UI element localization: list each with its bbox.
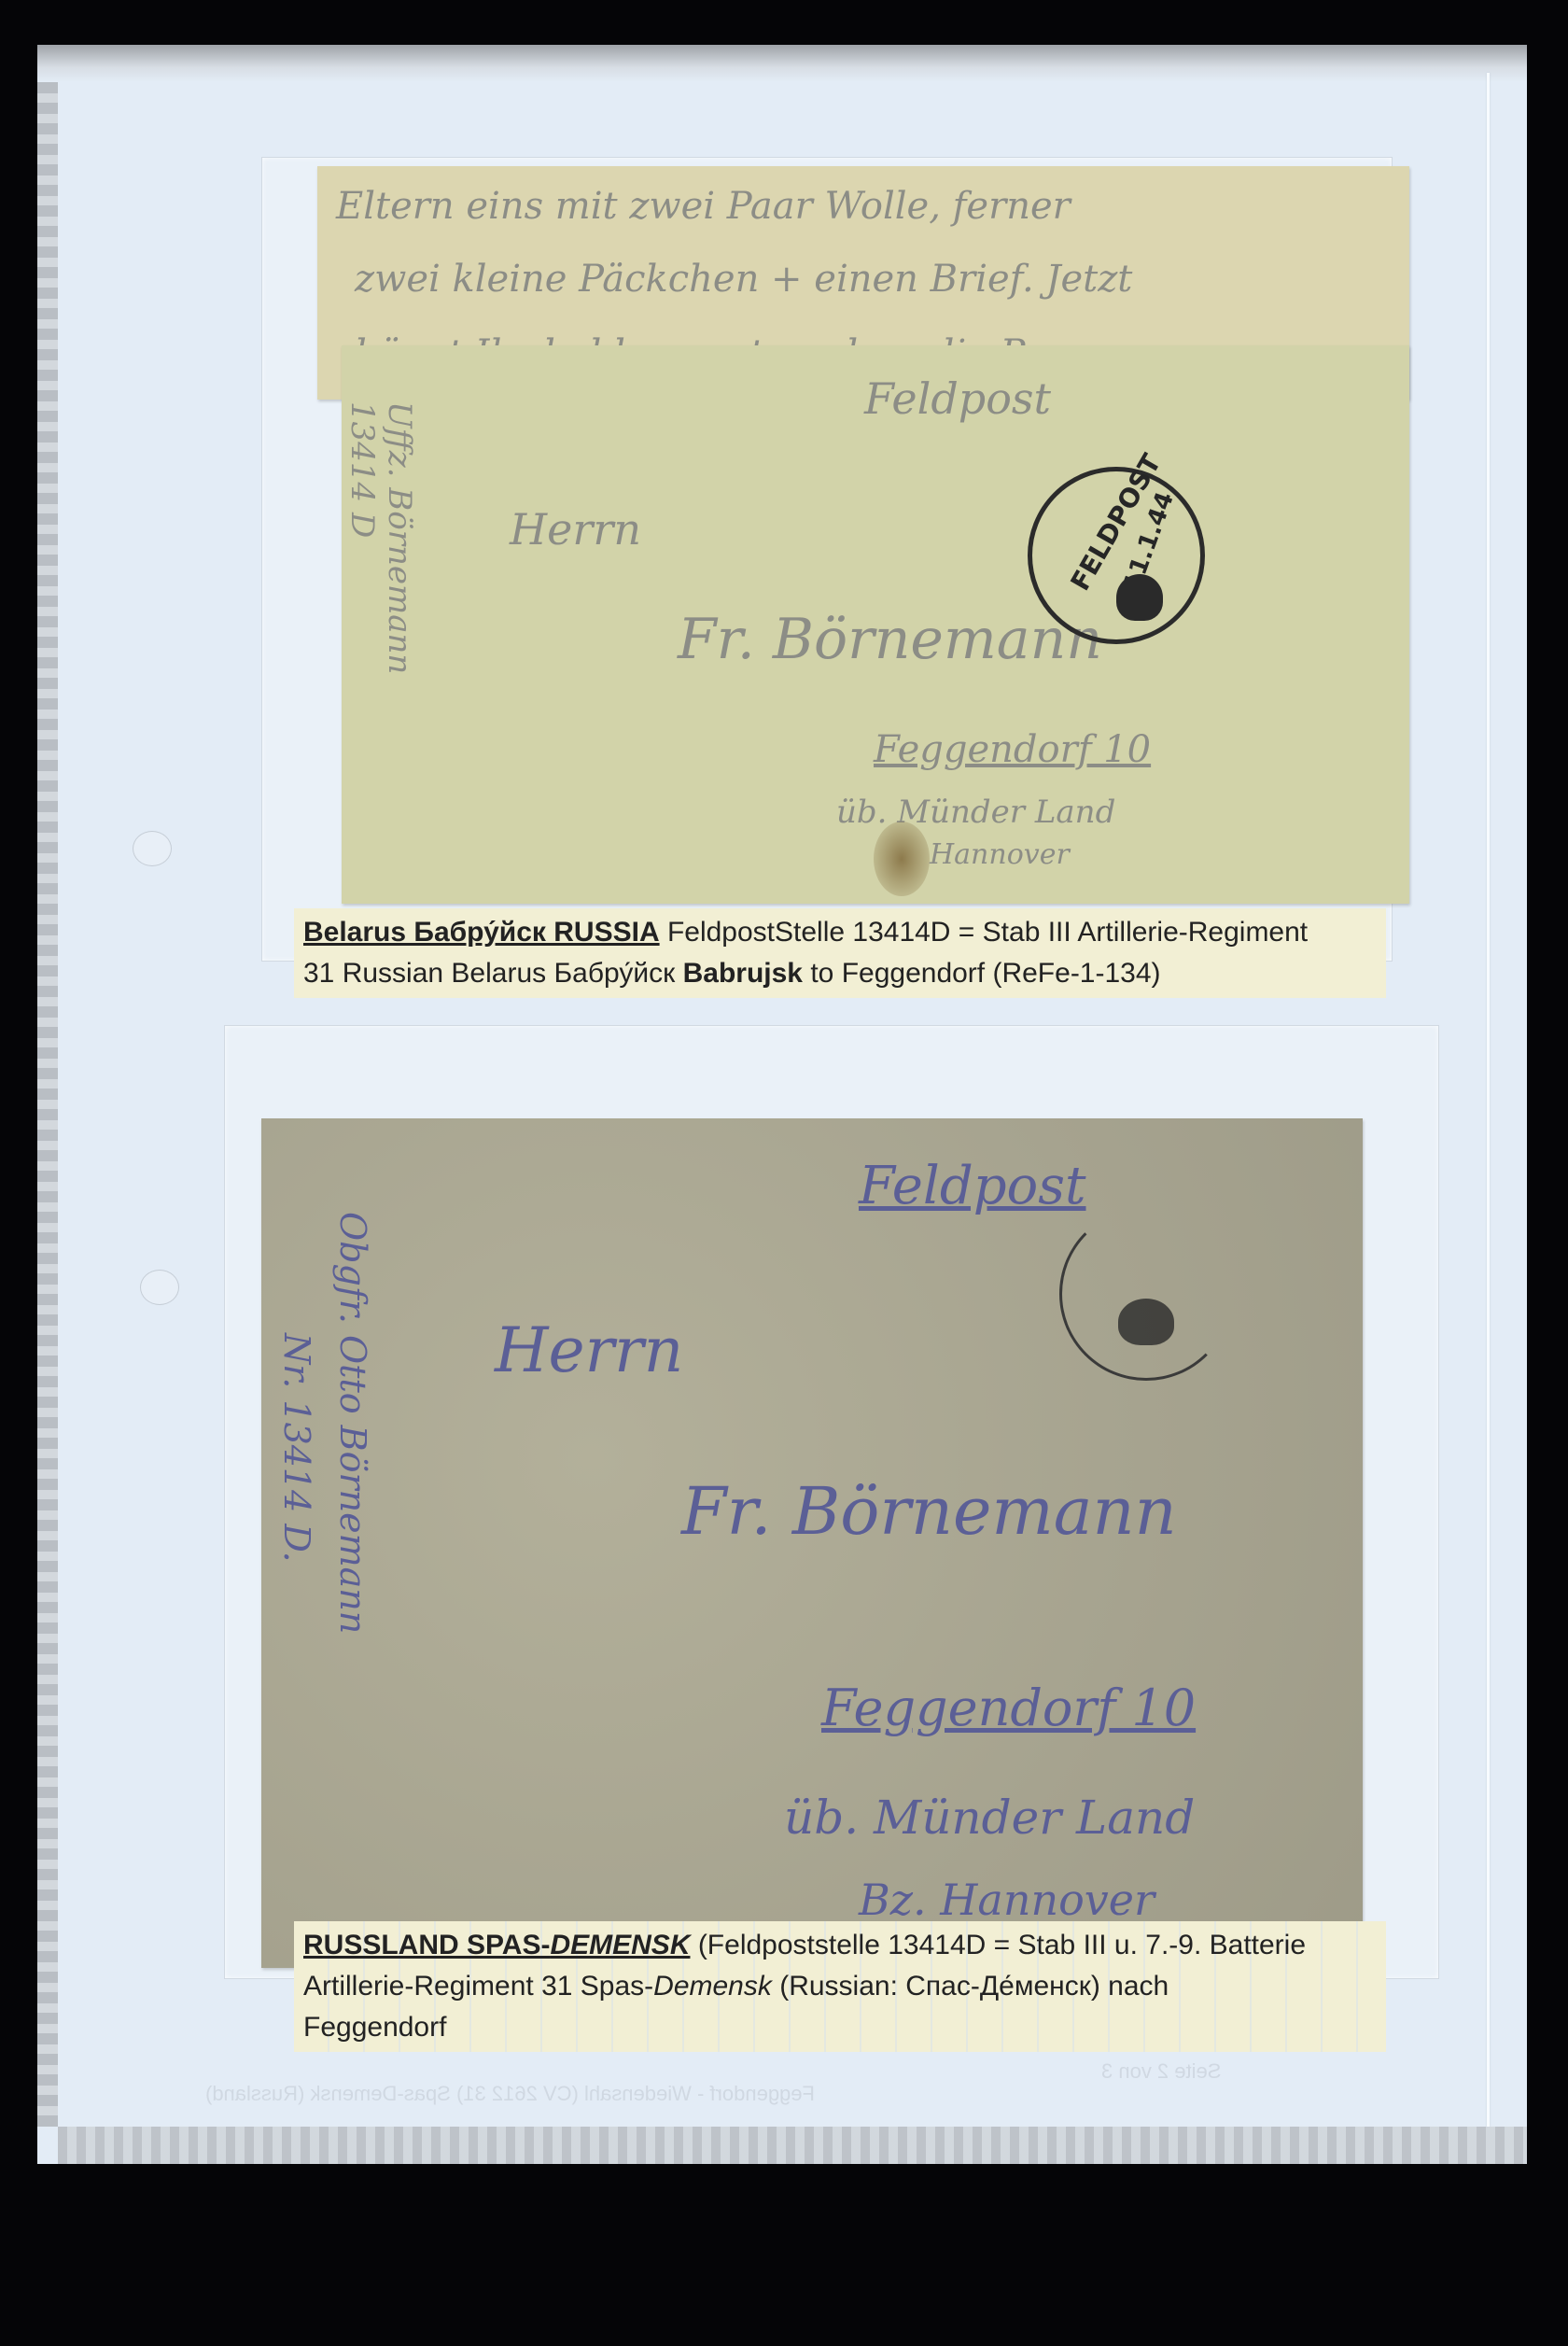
caption-line: Artillerie-Regiment 31 Spas-Demensk (Rus… <box>303 1966 1377 2007</box>
caption-place: Babrujsk <box>683 958 803 989</box>
caption-place: Demensk <box>653 1971 772 2002</box>
feldpost-endorsement: Feldpost <box>859 1156 1086 1216</box>
feldpost-cover-2: Feldpost Obgfr. Otto Börnemann Nr. 13414… <box>261 1118 1363 1968</box>
sender-name: Obgfr. Otto Börnemann <box>332 1212 373 1634</box>
sender-number: 13414 D <box>343 401 381 538</box>
show-through-page-number: Seite 2 von 3 <box>1101 2059 1221 2084</box>
stain <box>874 822 930 896</box>
caption-text: 31 Russian Belarus Бабру́йск <box>303 958 683 989</box>
address-line: Feggendorf 10 <box>821 1679 1196 1737</box>
caption-line: 31 Russian Belarus Бабру́йск Babrujsk to… <box>303 953 1377 994</box>
caption-text: (Russian: Спас-Де́менск) nach <box>772 1971 1169 2002</box>
salutation: Herrn <box>510 504 641 555</box>
feldpost-endorsement: Feldpost <box>864 373 1051 424</box>
caption-2: RUSSLAND SPAS-DEMENSK (Feldpoststelle 13… <box>294 1921 1386 2052</box>
feldpost-cover-1: Feldpost Uffz. Börnemann 13414 D Herrn F… <box>342 345 1409 904</box>
caption-heading: Belarus Бабру́йск RUSSIA <box>303 917 660 948</box>
punch-hole <box>140 1270 179 1305</box>
binding-strip <box>37 82 58 2127</box>
address-line: Bz. Hannover <box>859 1875 1155 1925</box>
caption-1: Belarus Бабру́йск RUSSIA FeldpostStelle … <box>294 908 1386 998</box>
addressee: Fr. Börnemann <box>681 1473 1177 1550</box>
binding-strip-bottom <box>58 2127 1527 2164</box>
punch-hole <box>133 831 172 866</box>
sender-name: Uffz. Börnemann <box>381 401 418 674</box>
salutation: Herrn <box>495 1314 683 1386</box>
sender-number: Nr. 13414 D. <box>276 1333 317 1563</box>
address-line: Feggendorf 10 <box>874 728 1151 771</box>
caption-line: RUSSLAND SPAS-DEMENSK (Feldpoststelle 13… <box>303 1925 1377 1966</box>
letter-line: zwei kleine Päckchen + einen Brief. Jetz… <box>355 258 1132 301</box>
eagle-icon <box>1116 574 1163 621</box>
sleeve-edge <box>1487 73 1490 2127</box>
feldpost-postmark <box>1059 1207 1233 1381</box>
caption-text: (Feldpoststelle 13414D = Stab III u. 7.-… <box>690 1930 1306 1960</box>
caption-line: Feggendorf <box>303 2007 1377 2048</box>
caption-heading: RUSSLAND SPAS-DEMENSK <box>303 1930 690 1960</box>
page-top-shadow <box>37 45 1527 82</box>
feldpost-postmark: FELDPOST 11.1.44 <box>1028 467 1205 644</box>
show-through-text: Feggendorf - Wiedensahl (CV 2612 31) Spa… <box>205 2082 815 2106</box>
address-line: üb. Münder Land <box>836 794 1115 831</box>
eagle-icon <box>1118 1299 1174 1345</box>
caption-text: FeldpostStelle 13414D = Stab III Artille… <box>660 917 1309 948</box>
caption-text: Artillerie-Regiment 31 Spas- <box>303 1971 653 2002</box>
addressee: Fr. Börnemann <box>678 607 1102 672</box>
album-page: Feggendorf - Wiedensahl (CV 2612 31) Spa… <box>37 45 1527 2164</box>
letter-line: Eltern eins mit zwei Paar Wolle, ferner <box>336 185 1071 228</box>
address-line: Hannover <box>930 838 1070 871</box>
caption-text: to Feggendorf (ReFe-1-134) <box>803 958 1161 989</box>
address-line: üb. Münder Land <box>784 1791 1195 1845</box>
caption-line: Belarus Бабру́йск RUSSIA FeldpostStelle … <box>303 912 1377 953</box>
